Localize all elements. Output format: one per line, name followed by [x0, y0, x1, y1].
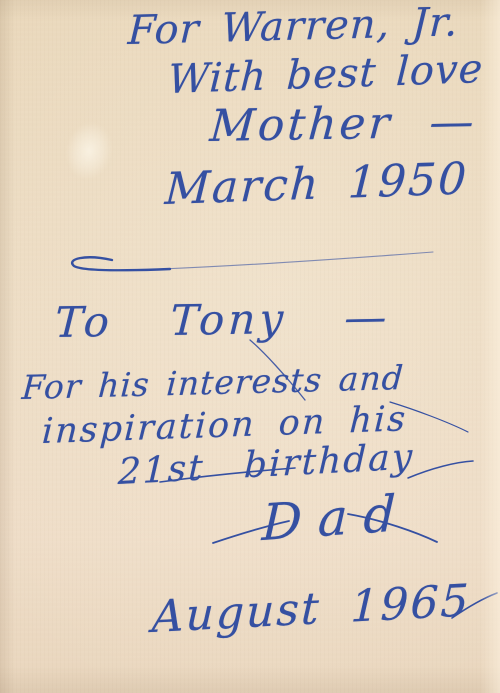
- inscription1-signature-line: Mother —: [208, 96, 478, 152]
- inscription1-recipient-line: For Warren, Jr.: [127, 0, 459, 54]
- inscription1-date-line: March 1950: [164, 153, 470, 215]
- ink-divider-hook: [72, 257, 170, 270]
- inscription2-signature-line: Dad: [261, 483, 413, 552]
- ink-divider-line: [162, 252, 433, 269]
- inscription2-date-line: August 1965: [151, 575, 471, 643]
- inscription2-recipient-line: To Tony —: [54, 292, 392, 347]
- inscription1-message-line: With best love: [167, 46, 485, 103]
- day-tail-flourish: [408, 461, 473, 478]
- inscription2-message-line-1: For his interests and: [21, 358, 405, 407]
- paper-scuff-mark: [60, 118, 117, 184]
- book-endpaper-scan: For Warren, Jr. With best love Mother — …: [0, 0, 500, 693]
